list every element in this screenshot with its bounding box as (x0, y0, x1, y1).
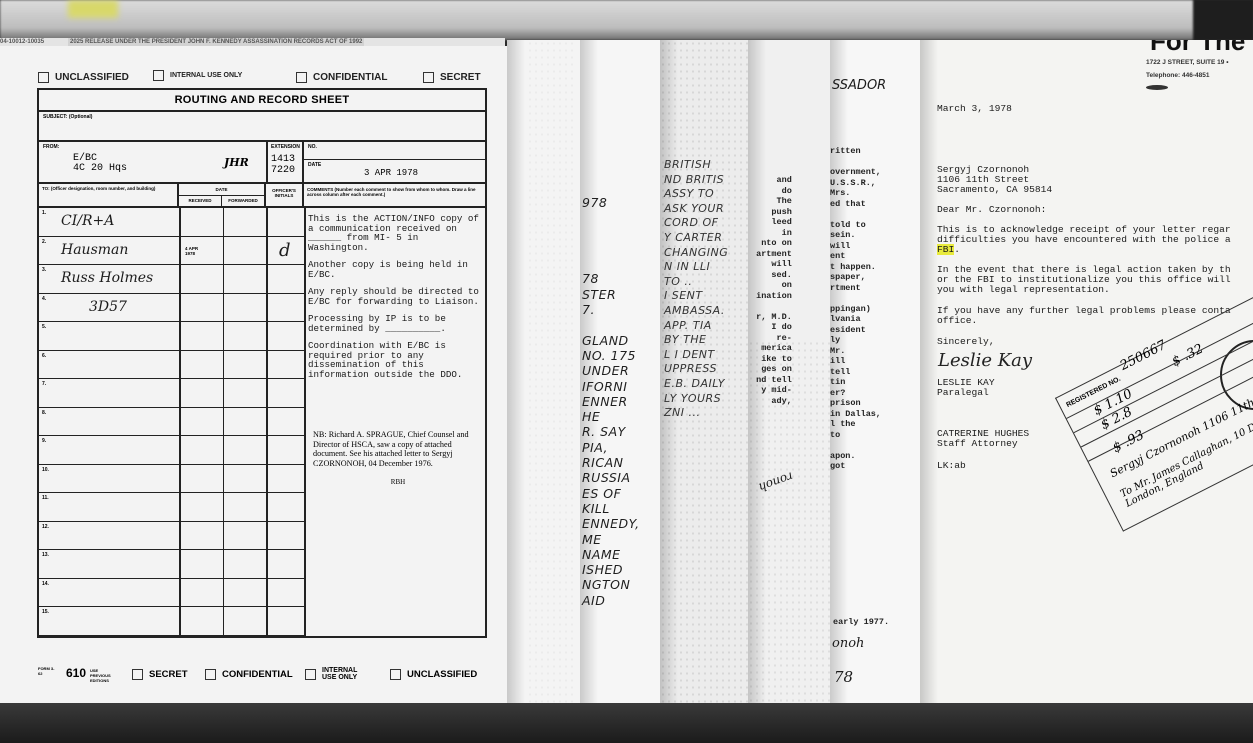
from-initials: JHR (224, 156, 249, 169)
sheet-title: ROUTING AND RECORD SHEET (39, 90, 485, 112)
highlighted-text: FBI (937, 244, 954, 255)
extension-field: EXTENSION 1413 7220 (266, 142, 304, 182)
routing-row: 6. (39, 351, 304, 380)
routing-grid: ROUTING AND RECORD SHEET SUBJECT: (Optio… (37, 88, 487, 638)
form-footer: FORM 3-62 610 USE PREVIOUS EDITIONS SECR… (38, 666, 488, 686)
paragraph-2: In the event that there is legal action … (937, 265, 1231, 295)
classification-confidential: CONFIDENTIAL (296, 72, 387, 83)
column-headers: TO: (Officer designation, room number, a… (39, 184, 485, 208)
classification-row-top: UNCLASSIFIED INTERNAL USE ONLY CONFIDENT… (38, 70, 488, 86)
document-page-strip-1 (507, 40, 582, 703)
routing-row: 5. (39, 322, 304, 351)
recipient-address: Sergyj Czornonoh1106 11th StreetSacramen… (937, 165, 1052, 195)
logo-icon (1146, 85, 1168, 90)
date-field: DATE 3 APR 1978 (304, 160, 485, 184)
comments-text: This is the ACTION/INFO copy of a commun… (308, 214, 483, 387)
paragraph-1: This is to acknowledge receipt of your l… (937, 225, 1231, 255)
reference-initials: LK:ab (937, 461, 966, 471)
handwritten-header: SSADOR (832, 78, 886, 93)
footer-classification-unclassified: UNCLASSIFIED (390, 669, 477, 680)
background-bottom (0, 703, 1253, 743)
highlight-mark (68, 0, 118, 18)
checkbox-icon (132, 669, 143, 680)
form-number: 610 (66, 666, 86, 680)
closing: Sincerely, (937, 337, 995, 347)
officer-initials: d (279, 240, 291, 261)
handwritten-letter-strip: 978 78 STER 7. GLAND NO. 175 UNDER IFORN… (580, 40, 662, 703)
routing-row: 9. (39, 436, 304, 465)
letterhead-title: For The (1150, 40, 1245, 57)
letterhead-address: 1722 J STREET, SUITE 19 • Telephone: 446… (1146, 56, 1228, 90)
routing-row: 13. (39, 550, 304, 579)
typed-text-c: and do The push leed in nto on artment w… (751, 175, 792, 406)
letter-date: March 3, 1978 (937, 104, 1012, 114)
checkbox-icon (205, 669, 216, 680)
classification-internal: INTERNAL USE ONLY (153, 70, 210, 81)
salutation: Dear Mr. Czornonoh: (937, 205, 1046, 215)
routing-row: 2.Hausman4 APR 1978d (39, 237, 304, 266)
typed-letter-strip: and do The push leed in nto on artment w… (748, 40, 832, 703)
signature: Leslie Kay (938, 350, 1032, 371)
routing-row: 7. (39, 379, 304, 408)
typed-text-d: ritten overnment, U.S.S.R., Mrs. ed that… (830, 146, 881, 472)
handwritten-text-a: 978 78 STER 7. GLAND NO. 175 UNDER IFORN… (582, 195, 640, 608)
routing-recipient: Russ Holmes (61, 270, 153, 286)
legal-aid-letter: For The 1722 J STREET, SUITE 19 • Teleph… (920, 40, 1253, 703)
checkbox-icon (296, 72, 307, 83)
from-value: E/BC 4C 20 Hqs (73, 154, 127, 174)
no-field: NO. (304, 142, 485, 160)
paragraph-3: If you have any further legal problems p… (937, 306, 1231, 326)
routing-recipient: Hausman (61, 242, 128, 258)
footer-classification-secret: SECRET (132, 669, 188, 680)
handwritten-text-b: BRITISH ND BRITIS ASSY TO ASK YOUR CORD … (664, 158, 728, 421)
classification-unclassified: UNCLASSIFIED (38, 72, 129, 83)
nb-note: NB: Richard A. SPRAGUE, Chief Counsel an… (313, 430, 483, 488)
routing-row: 1.CI/R+A (39, 208, 304, 237)
routing-row: 11. (39, 493, 304, 522)
checkbox-icon (305, 669, 316, 680)
routing-recipient: 3D57 (89, 299, 127, 315)
attorney-block: CATRERINE HUGHESStaff Attorney (937, 429, 1029, 449)
routing-row: 15. (39, 607, 304, 636)
routing-recipient: CI/R+A (61, 213, 114, 229)
blurred-background-top (0, 0, 1253, 40)
routing-record-sheet: UNCLASSIFIED INTERNAL USE ONLY CONFIDENT… (0, 46, 507, 703)
checkbox-icon (153, 70, 164, 81)
typed-letter-strip-2: SSADOR ritten overnment, U.S.S.R., Mrs. … (830, 40, 922, 703)
routing-row: 8. (39, 408, 304, 437)
routing-row: 14. (39, 579, 304, 608)
classification-secret: SECRET (423, 72, 481, 83)
routing-row: 12. (39, 522, 304, 551)
dark-edge (1193, 0, 1253, 40)
checkbox-icon (390, 669, 401, 680)
handwritten-letter-strip-2: BRITISH ND BRITIS ASSY TO ASK YOUR CORD … (660, 40, 750, 703)
routing-row: 3.Russ Holmes (39, 265, 304, 294)
checkbox-icon (423, 72, 434, 83)
subject-field: SUBJECT: (Optional) (39, 112, 485, 142)
checkbox-icon (38, 72, 49, 83)
routing-row: 4.3D57 (39, 294, 304, 323)
from-section: FROM: E/BC 4C 20 Hqs JHR EXTENSION 1413 … (39, 142, 485, 184)
signer-block: LESLIE KAYParalegal (937, 378, 995, 398)
footer-classification-confidential: CONFIDENTIAL (205, 669, 293, 680)
routing-rows: This is the ACTION/INFO copy of a commun… (39, 208, 485, 636)
received-date: 4 APR 1978 (185, 246, 205, 256)
footer-classification-internal: INTERNAL USE ONLY (305, 667, 362, 681)
routing-row: 10. (39, 465, 304, 494)
